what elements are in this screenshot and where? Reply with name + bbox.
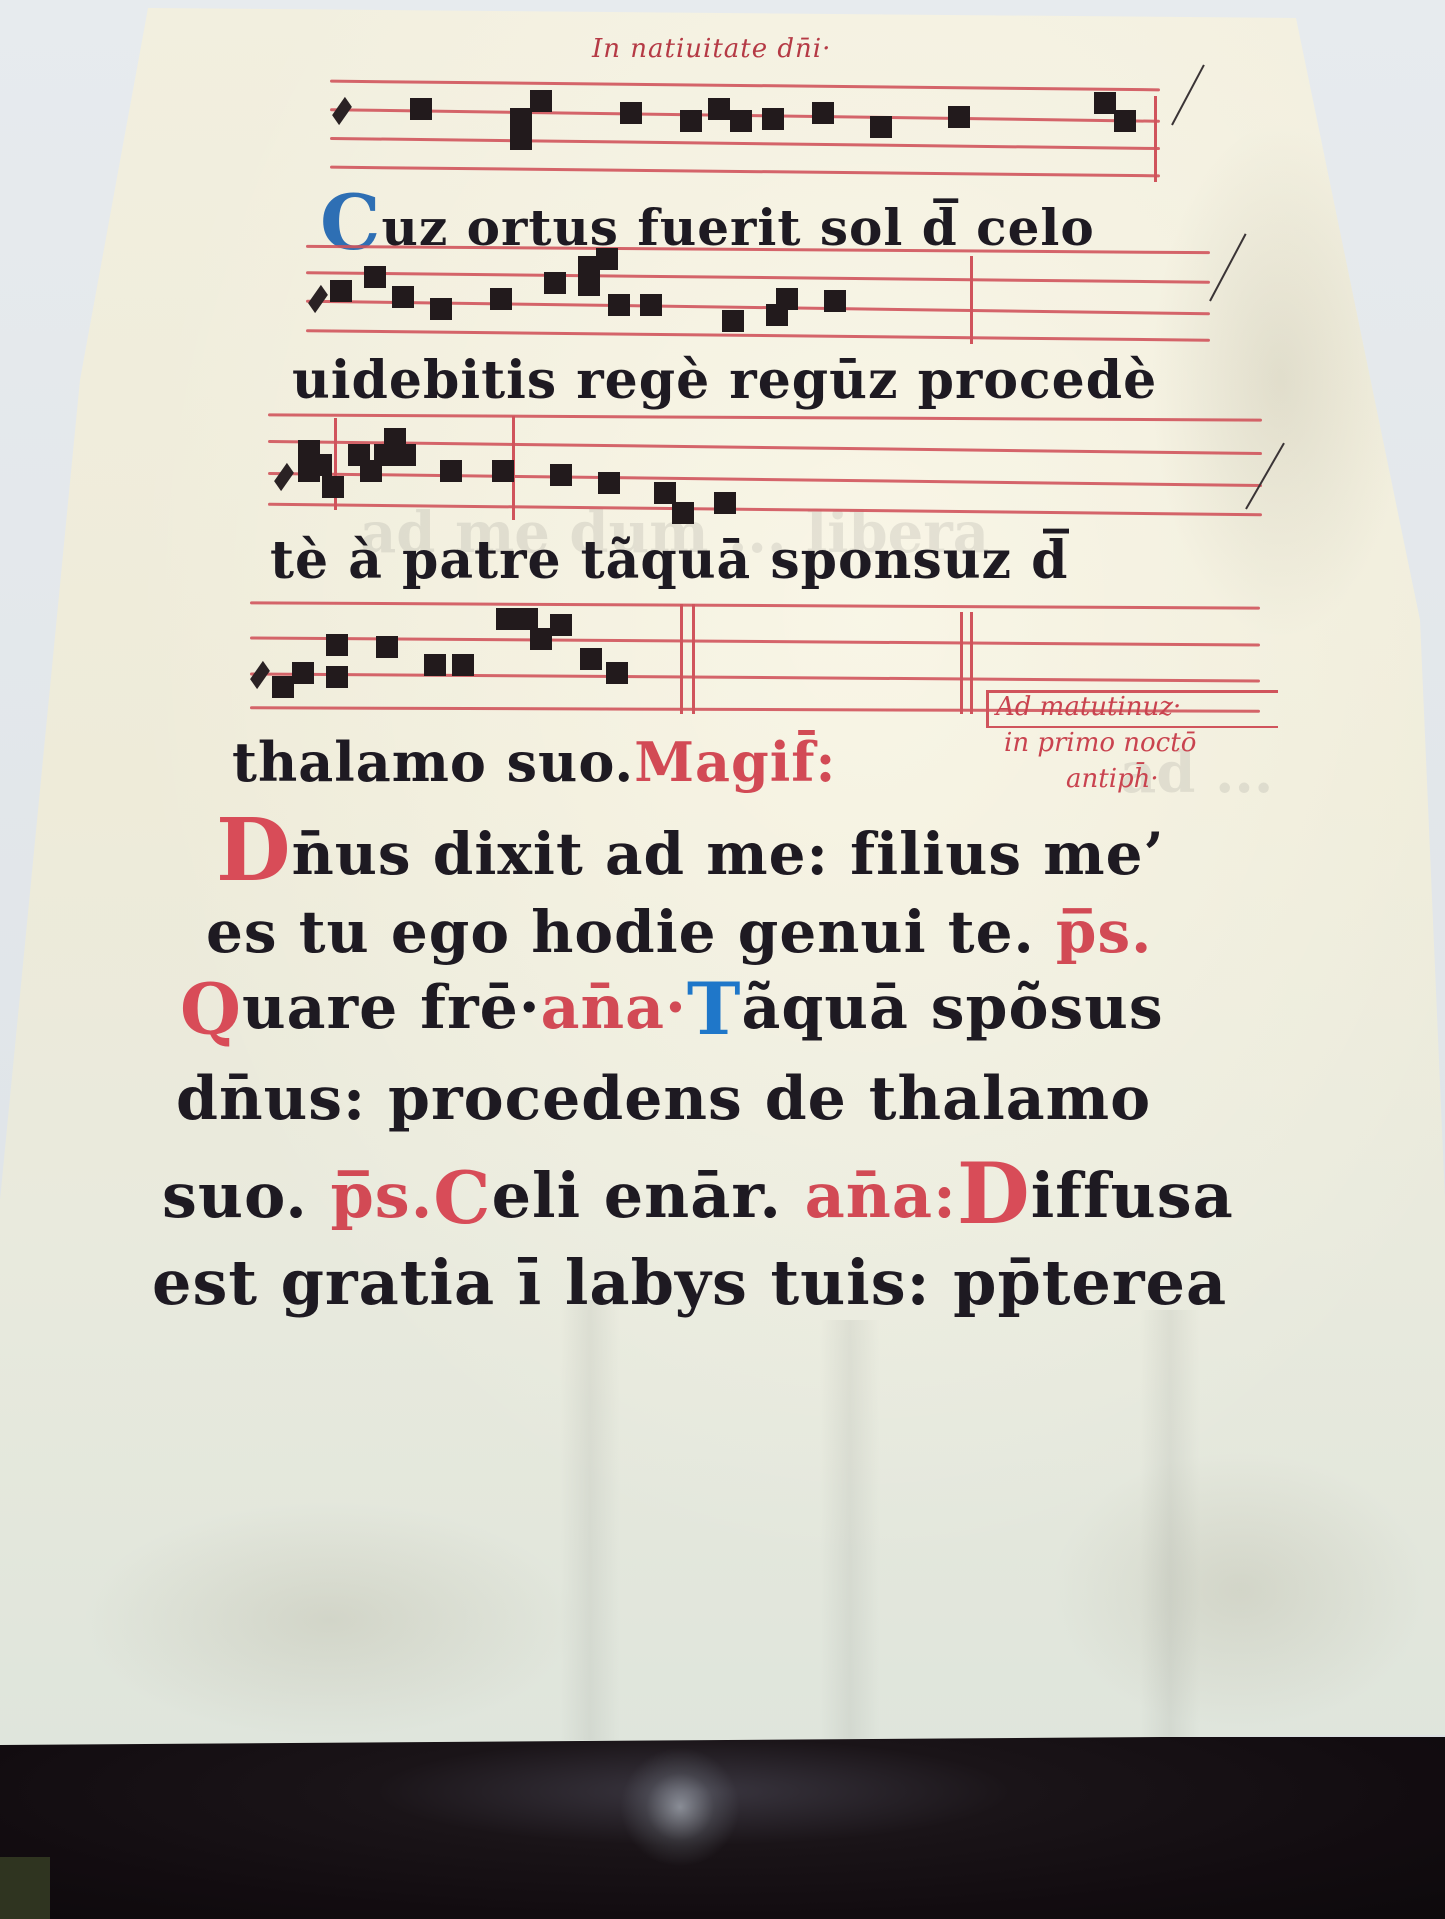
dark-table-surface: [0, 1737, 1445, 1919]
chant-text-line-9: suo. p̅s.Celi enār. an̄a:Diffusa: [162, 1144, 1234, 1243]
square-note: [326, 634, 348, 656]
chant-text-line-7: Quare frē·an̄a·Tãquā spõsus: [180, 966, 1164, 1051]
double-bar-line: [970, 612, 973, 714]
square-note: [310, 454, 332, 476]
music-staff-2: [306, 244, 1210, 344]
clef-icon: [308, 285, 328, 313]
clef-icon: [332, 97, 352, 125]
square-note: [544, 272, 566, 294]
square-note: [708, 98, 730, 120]
square-note: [492, 460, 514, 482]
chant-text-line-10: est gratia ī labys tuis: pp̄terea: [152, 1246, 1227, 1319]
square-note: [516, 608, 538, 630]
square-note: [376, 636, 398, 658]
blue-initial-letter: T: [687, 966, 742, 1051]
square-note: [870, 116, 892, 138]
stain: [80, 1500, 580, 1740]
square-note: [452, 654, 474, 676]
bar-line: [970, 256, 973, 344]
double-bar-line: [692, 604, 695, 714]
red-initial-letter: D: [957, 1144, 1031, 1243]
square-note: [550, 464, 572, 486]
lyric-text: ãquā spõsus: [742, 973, 1164, 1043]
psalm-rubric: p̅s.: [330, 1159, 433, 1232]
crease: [560, 1300, 620, 1740]
square-note: [654, 482, 676, 504]
feast-heading-rubric: In natiuitate dn̄i·: [592, 34, 831, 64]
antiphon-rubric: an̄a:: [805, 1159, 957, 1232]
chant-text-line-4: thalamo suo.Magif̄:: [232, 730, 836, 794]
square-note: [326, 666, 348, 688]
square-note: [424, 654, 446, 676]
square-note: [510, 108, 532, 130]
red-initial-letter: Q: [180, 968, 242, 1051]
lyric-text: suo.: [162, 1159, 308, 1232]
square-note: [580, 648, 602, 670]
side-rubric-line-1: Ad matutinuz·: [996, 692, 1181, 722]
square-note: [322, 476, 344, 498]
clef-icon: [250, 661, 270, 689]
square-note: [330, 280, 352, 302]
staff-line: [250, 601, 1260, 609]
square-note: [730, 110, 752, 132]
chant-text-line-2: uidebitis regè regūz procedè: [292, 350, 1157, 411]
table-corner: [0, 1857, 50, 1919]
square-note: [410, 98, 432, 120]
stain: [1150, 120, 1410, 640]
square-note: [640, 294, 662, 316]
lyric-text: n̄us dixit ad me: filius me’: [292, 820, 1165, 888]
square-note: [578, 274, 600, 296]
staff-line: [268, 503, 1262, 516]
square-note: [530, 628, 552, 650]
music-staff-3: [268, 412, 1262, 518]
square-note: [672, 502, 694, 524]
square-note: [440, 460, 462, 482]
square-note: [776, 288, 798, 310]
square-note: [722, 310, 744, 332]
side-rubric-line-2: in primo noctō: [1004, 728, 1196, 758]
side-rubric-line-3: antiph̄·: [1066, 764, 1159, 794]
staff-line: [330, 80, 1160, 92]
square-note: [598, 472, 620, 494]
staff-line: [330, 166, 1160, 178]
square-note: [490, 288, 512, 310]
clef-icon: [274, 463, 294, 491]
crease: [820, 1320, 880, 1740]
square-note: [394, 444, 416, 466]
psalm-rubric: p̅s.: [1056, 898, 1152, 966]
antiphon-rubric: an̄a·: [541, 973, 687, 1043]
staff-line: [250, 672, 1260, 682]
square-note: [762, 108, 784, 130]
crease: [1140, 1310, 1200, 1740]
square-note: [606, 662, 628, 684]
chant-text-line-5: Dn̄us dixit ad me: filius me’: [216, 800, 1165, 901]
square-note: [496, 608, 518, 630]
staff-line: [330, 137, 1160, 150]
red-initial-letter: C: [433, 1155, 491, 1240]
square-note: [530, 90, 552, 112]
square-note: [1094, 92, 1116, 114]
square-note: [364, 266, 386, 288]
square-note: [824, 290, 846, 312]
chant-text-line-3: tè à patre tãquā sponsuz d̅: [270, 530, 1069, 591]
staff-line: [250, 636, 1260, 646]
square-note: [550, 614, 572, 636]
square-note: [608, 294, 630, 316]
square-note: [430, 298, 452, 320]
lyric-text: thalamo suo.: [232, 730, 634, 794]
lyric-text: iffusa: [1031, 1159, 1234, 1232]
staff-line: [268, 440, 1262, 455]
staff-line: [306, 245, 1210, 254]
lyric-text: eli enār.: [492, 1159, 782, 1232]
double-bar-line: [680, 604, 683, 714]
staff-line: [306, 329, 1210, 341]
chant-text-line-8: dn̄us: procedens de thalamo: [176, 1064, 1151, 1134]
square-note: [292, 662, 314, 684]
square-note: [272, 676, 294, 698]
music-staff-1: [330, 80, 1160, 180]
lyric-text: es tu ego hodie genui te.: [206, 898, 1035, 966]
double-bar-line: [960, 612, 963, 714]
staff-line: [268, 472, 1262, 487]
square-note: [948, 106, 970, 128]
light-reflection: [620, 1747, 740, 1867]
staff-line: [306, 271, 1210, 283]
square-note: [812, 102, 834, 124]
lyric-text: uare frē·: [242, 973, 541, 1043]
square-note: [714, 492, 736, 514]
chant-text-line-6: es tu ego hodie genui te. p̅s.: [206, 898, 1152, 966]
square-note: [392, 286, 414, 308]
staff-line: [268, 413, 1262, 421]
square-note: [620, 102, 642, 124]
magnificat-rubric: Magif̄:: [634, 730, 836, 794]
red-initial-letter: D: [216, 800, 292, 901]
square-note: [680, 110, 702, 132]
stain: [1050, 1450, 1430, 1730]
bar-line: [1154, 96, 1157, 182]
square-note: [1114, 110, 1136, 132]
square-note: [596, 248, 618, 270]
square-note: [510, 128, 532, 150]
